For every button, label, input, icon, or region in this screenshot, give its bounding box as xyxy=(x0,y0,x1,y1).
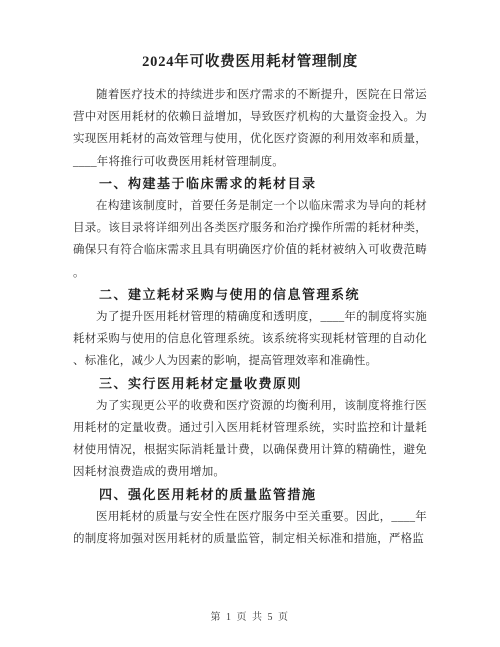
document-content: 2024年可收费医用耗材管理制度 随着医疗技术的持续进步和医疗需求的不断提升，医… xyxy=(73,50,427,550)
page-number-label: 第 1 页 共 5 页 xyxy=(211,612,290,623)
document-page: 2024年可收费医用耗材管理制度 随着医疗技术的持续进步和医疗需求的不断提升，医… xyxy=(0,0,500,647)
section-paragraph-3: 为了实现更公平的收费和医疗资源的均衡利用，该制度将推行医用耗材的定量收费。通过引… xyxy=(73,395,427,484)
section-paragraph-2: 为了提升医用耗材管理的精确度和透明度，____年的制度将实施耗材采购与使用的信息… xyxy=(73,306,427,373)
section-paragraph-4: 医用耗材的质量与安全性在医疗服务中至关重要。因此，____年的制度将加强对医用耗… xyxy=(73,506,427,550)
section-heading-3: 三、实行医用耗材定量收费原则 xyxy=(73,373,427,395)
section-paragraph-1: 在构建该制度时，首要任务是制定一个以临床需求为导向的耗材目录。该目录将详细列出各… xyxy=(73,195,427,284)
page-footer: 第 1 页 共 5 页 xyxy=(0,608,500,623)
section-heading-4: 四、强化医用耗材的质量监管措施 xyxy=(73,484,427,506)
intro-paragraph: 随着医疗技术的持续进步和医疗需求的不断提升，医院在日常运营中对医用耗材的依赖日益… xyxy=(73,84,427,173)
section-heading-1: 一、构建基于临床需求的耗材目录 xyxy=(73,173,427,195)
document-title: 2024年可收费医用耗材管理制度 xyxy=(73,50,427,74)
section-heading-2: 二、建立耗材采购与使用的信息管理系统 xyxy=(73,284,427,306)
